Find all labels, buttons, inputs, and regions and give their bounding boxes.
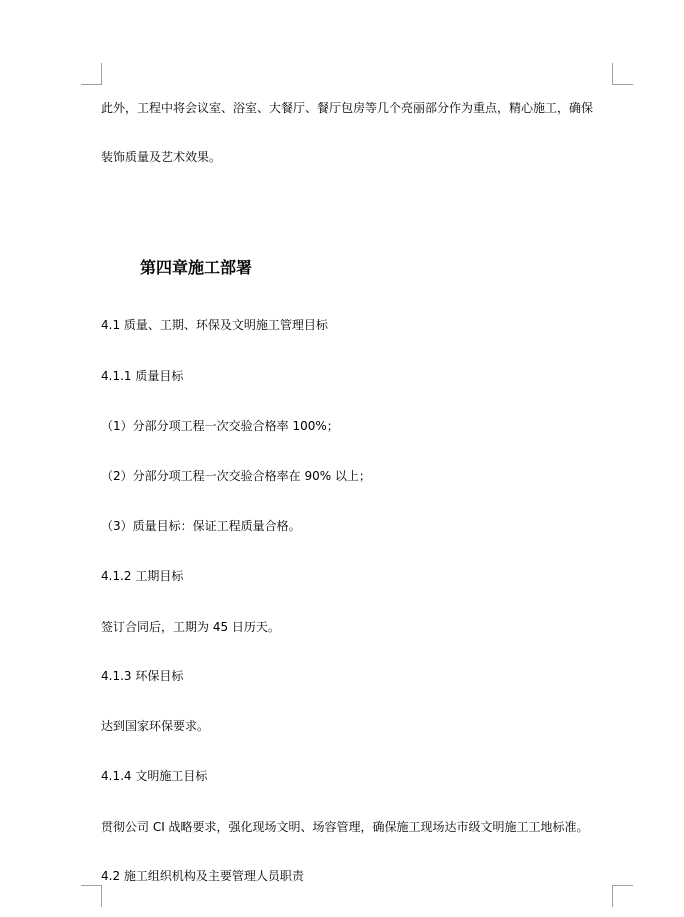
margin-corner-top-right bbox=[612, 63, 633, 85]
margin-corner-bottom-right bbox=[612, 885, 633, 907]
margin-corner-top-left bbox=[81, 63, 102, 85]
margin-corner-bottom-left bbox=[81, 885, 102, 907]
environment-paragraph: 达到国家环保要求。 bbox=[101, 719, 209, 733]
document-page: 此外，工程中将会议室、浴室、大餐厅、餐厅包房等几个亮丽部分作为重点，精心施工，确… bbox=[0, 0, 684, 917]
list-item-2: （2）分部分项工程一次交验合格率在 90% 以上； bbox=[101, 469, 371, 483]
civil-construction-paragraph: 贯彻公司 CI 战略要求，强化现场文明、场容管理，确保施工现场达市级文明施工工地… bbox=[101, 820, 589, 834]
section-heading-4-1-4: 4.1.4 文明施工目标 bbox=[101, 769, 207, 783]
paragraph-line-2: 装饰质量及艺术效果。 bbox=[101, 150, 221, 164]
section-heading-4-1-2: 4.1.2 工期目标 bbox=[101, 569, 183, 583]
section-heading-4-1-1: 4.1.1 质量目标 bbox=[101, 369, 183, 383]
section-heading-4-1-3: 4.1.3 环保目标 bbox=[101, 669, 183, 683]
paragraph-line-1: 此外，工程中将会议室、浴室、大餐厅、餐厅包房等几个亮丽部分作为重点，精心施工，确… bbox=[101, 101, 593, 115]
list-item-1: （1）分部分项工程一次交验合格率 100%； bbox=[101, 419, 339, 433]
chapter-heading: 第四章施工部署 bbox=[140, 258, 252, 278]
schedule-paragraph: 签订合同后，工期为 45 日历天。 bbox=[101, 620, 280, 634]
section-heading-4-2: 4.2 施工组织机构及主要管理人员职责 bbox=[101, 869, 304, 883]
list-item-3: （3）质量目标：保证工程质量合格。 bbox=[101, 519, 301, 533]
section-heading-4-1: 4.1 质量、工期、环保及文明施工管理目标 bbox=[101, 318, 328, 332]
